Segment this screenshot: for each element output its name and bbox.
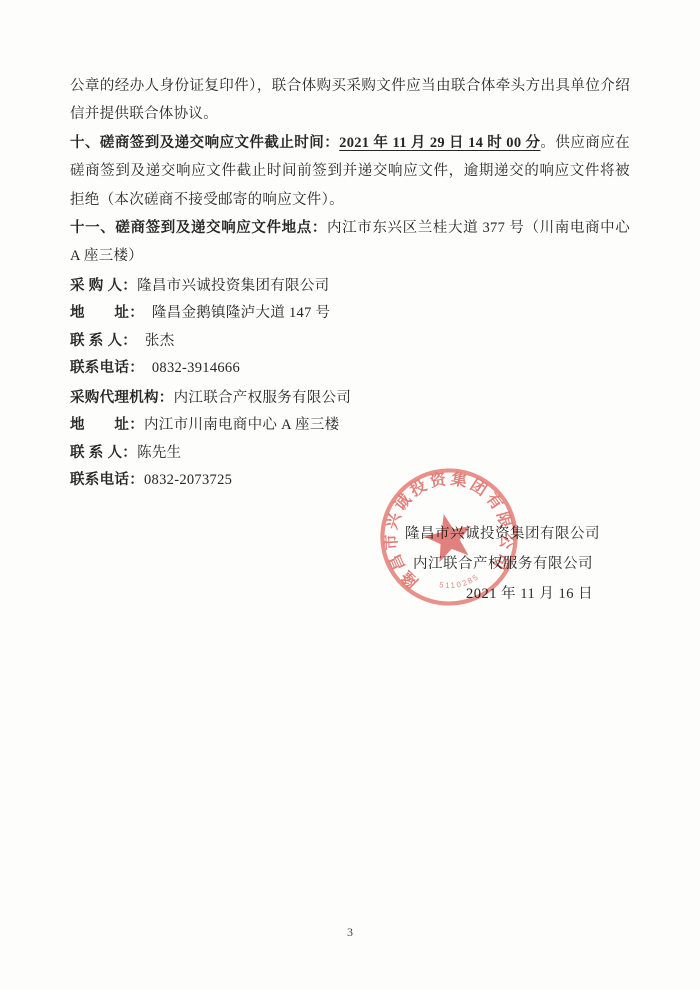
- agency-name-row: 采购代理机构：内江联合产权服务有限公司: [70, 385, 630, 413]
- agency-contact-row: 联 系 人：陈先生: [70, 440, 630, 468]
- paragraph-section-11: 十一、磋商签到及递交响应文件地点：内江市东兴区兰桂大道 377 号（川南电商中心…: [70, 214, 630, 271]
- purchaser-contact-label: 联 系 人：: [70, 333, 137, 349]
- agency-name-label: 采购代理机构：: [70, 390, 174, 406]
- agency-contact-value: 陈先生: [137, 445, 181, 461]
- section-11-heading: 十一、磋商签到及递交响应文件地点：: [70, 220, 327, 236]
- paragraph-section-10: 十、磋商签到及递交响应文件截止时间：2021 年 11 月 29 日 14 时 …: [70, 129, 630, 214]
- agency-address-value: 内江市川南电商中心 A 座三楼: [144, 417, 339, 433]
- purchaser-address-label: 地 址：: [70, 305, 144, 321]
- signature-date: 2021 年 11 月 16 日: [466, 582, 593, 603]
- purchaser-phone-value: 0832-3914666: [144, 360, 240, 376]
- signature-agency-name: 内江联合产权服务有限公司: [413, 552, 593, 573]
- agency-phone-value: 0832-2073725: [144, 472, 232, 488]
- signature-purchaser-name: 隆昌市兴诚投资集团有限公司: [405, 522, 600, 543]
- paragraph-continuation: 公章的经办人身份证复印件），联合体购买采购文件应当由联合体牵头方出具单位介绍信并…: [70, 72, 630, 129]
- purchaser-name-value: 隆昌市兴诚投资集团有限公司: [137, 278, 329, 294]
- section-10-heading: 十、磋商签到及递交响应文件截止时间：: [70, 135, 339, 151]
- purchaser-contact-value: 张杰: [137, 333, 174, 349]
- agency-address-label: 地 址：: [70, 417, 144, 433]
- agency-phone-row: 联系电话：0832-2073725: [70, 467, 630, 495]
- purchaser-name-label: 采 购 人：: [70, 278, 137, 294]
- agency-block: 采购代理机构：内江联合产权服务有限公司 地 址：内江市川南电商中心 A 座三楼 …: [70, 385, 630, 495]
- purchaser-block: 采 购 人：隆昌市兴诚投资集团有限公司 地 址： 隆昌金鹅镇隆泸大道 147 号…: [70, 273, 630, 383]
- purchaser-phone-label: 联系电话：: [70, 360, 144, 376]
- agency-contact-label: 联 系 人：: [70, 445, 137, 461]
- document-page: 公章的经办人身份证复印件），联合体购买采购文件应当由联合体牵头方出具单位介绍信并…: [0, 0, 700, 990]
- document-body: 公章的经办人身份证复印件），联合体购买采购文件应当由联合体牵头方出具单位介绍信并…: [70, 72, 630, 495]
- agency-phone-label: 联系电话：: [70, 472, 144, 488]
- agency-name-value: 内江联合产权服务有限公司: [174, 390, 352, 406]
- purchaser-address-value: 隆昌金鹅镇隆泸大道 147 号: [144, 305, 330, 321]
- purchaser-contact-row: 联 系 人： 张杰: [70, 328, 630, 356]
- purchaser-address-row: 地 址： 隆昌金鹅镇隆泸大道 147 号: [70, 300, 630, 328]
- purchaser-name-row: 采 购 人：隆昌市兴诚投资集团有限公司: [70, 273, 630, 301]
- page-number: 3: [347, 925, 353, 939]
- agency-address-row: 地 址：内江市川南电商中心 A 座三楼: [70, 412, 630, 440]
- purchaser-phone-row: 联系电话： 0832-3914666: [70, 355, 630, 383]
- page-footer: 3: [0, 925, 700, 940]
- section-10-deadline: 2021 年 11 月 29 日 14 时 00 分: [339, 135, 540, 151]
